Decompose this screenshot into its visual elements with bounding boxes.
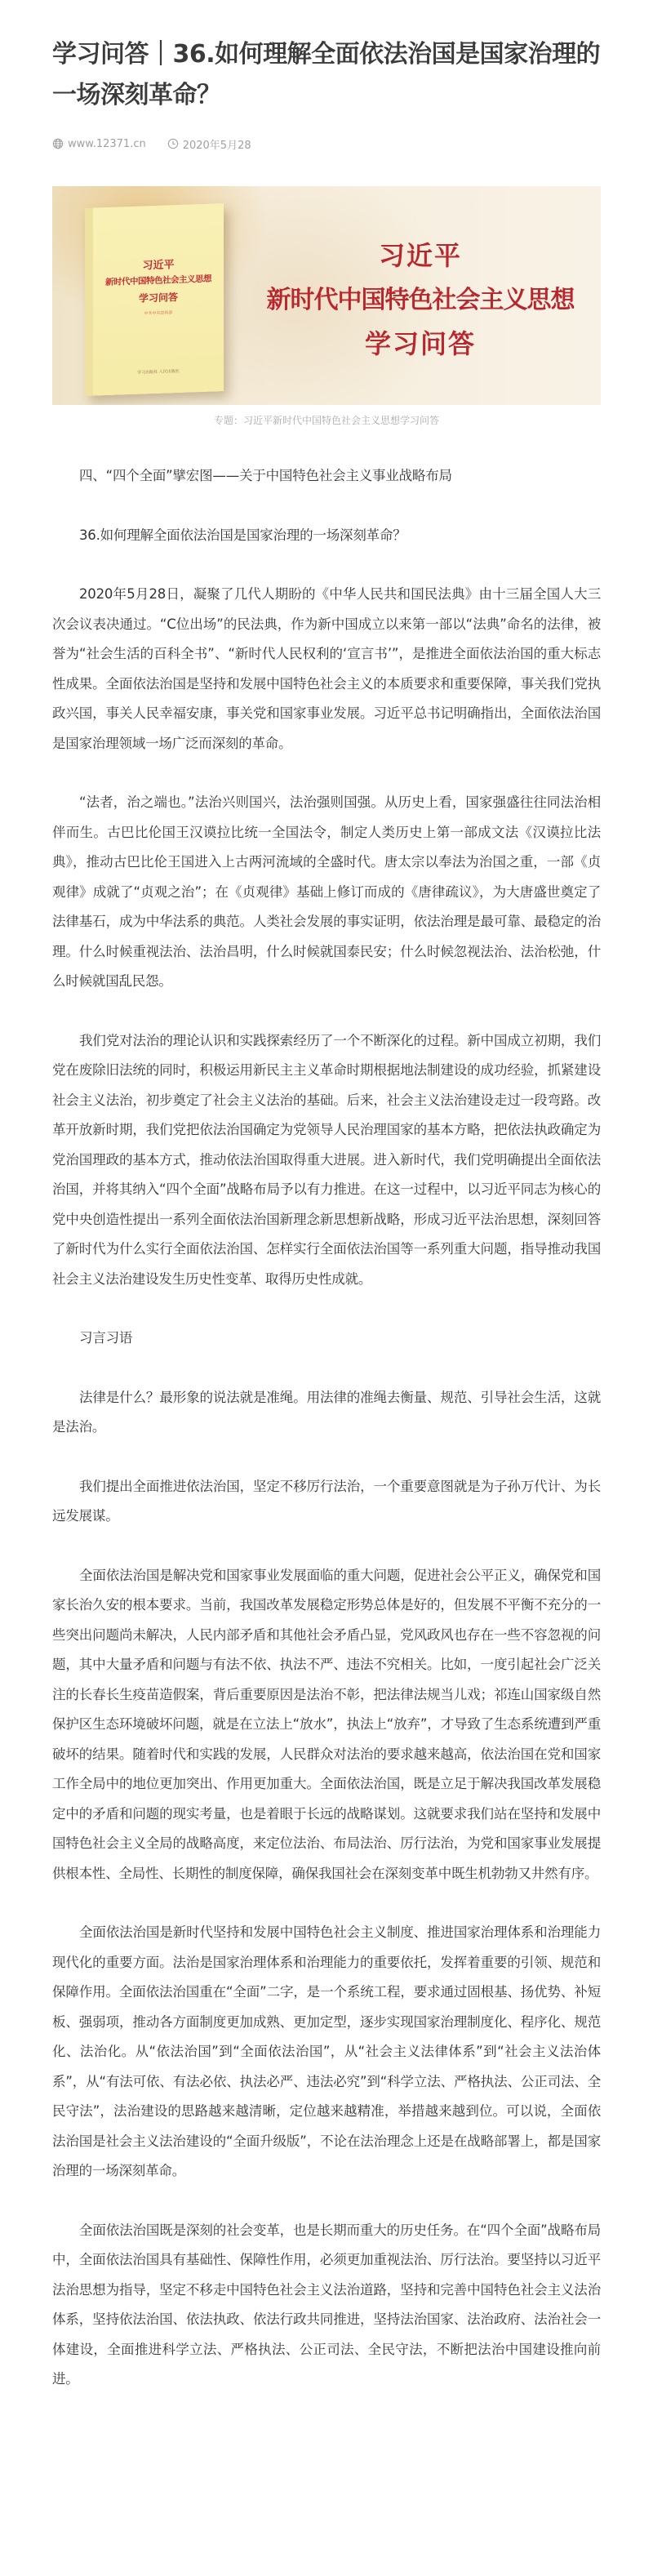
subsection-heading: 习言习语 xyxy=(52,1324,601,1354)
source-info[interactable]: www.12371.cn xyxy=(52,138,146,150)
book-cover-line3: 学习问答 xyxy=(93,288,224,307)
globe-icon xyxy=(52,138,64,149)
book-cover-publisher: 中共中央宣传部 xyxy=(93,308,224,318)
book-cover: 习近平 新时代中国特色社会主义思想 学习问答 中共中央宣传部 学习出版社 人民出… xyxy=(85,203,224,396)
paragraph: 全面依法治国是解决党和国家事业发展面临的重大问题，促进社会公平正义，确保党和国家… xyxy=(52,1561,601,1889)
clock-icon xyxy=(167,138,179,149)
paragraph: “法者，治之端也。”法治兴则国兴，法治强则国强。从历史上看，国家强盛往往同法治相… xyxy=(52,788,601,997)
paragraph: 2020年5月28日，凝聚了几代人期盼的《中华人民共和国民法典》由十三届全国人大… xyxy=(52,580,601,759)
banner-image: 习近平 新时代中国特色社会主义思想 学习问答 中共中央宣传部 学习出版社 人民出… xyxy=(52,186,601,405)
section-heading: 四、“四个全面”擘宏图——关于中国特色社会主义事业战略布局 xyxy=(52,461,601,492)
paragraph: 我们党对法治的理论认识和实践探索经历了一个不断深化的过程。新中国成立初期，我们党… xyxy=(52,1026,601,1295)
article-body: 四、“四个全面”擘宏图——关于中国特色社会主义事业战略布局 36.如何理解全面依… xyxy=(52,461,601,2395)
source-link[interactable]: www.12371.cn xyxy=(68,138,146,150)
date-info: 2020年5月28 xyxy=(167,136,251,152)
book-cover-press: 学习出版社 人民出版社 xyxy=(93,367,224,378)
article-meta: www.12371.cn 2020年5月28 xyxy=(52,134,601,153)
banner-title-line1: 习近平 xyxy=(240,235,601,273)
banner-title-line2: 新时代中国特色社会主义思想 xyxy=(240,279,601,315)
publish-date: 2020年5月28 xyxy=(183,136,251,152)
paragraph: 全面依法治国既是深刻的社会变革，也是长期而重大的历史任务。在“四个全面”战略布局… xyxy=(52,2216,601,2395)
banner-caption[interactable]: 专题：习近平新时代中国特色社会主义思想学习问答 xyxy=(52,412,601,429)
article-title: 学习问答｜36.如何理解全面依法治国是国家治理的一场深刻革命？ xyxy=(52,34,601,116)
banner-title-line3: 学习问答 xyxy=(240,323,601,361)
paragraph: 全面依法治国是新时代坚持和发展中国特色社会主义制度、推进国家治理体系和治理能力现… xyxy=(52,1918,601,2187)
quote-paragraph: 法律是什么？最形象的说法就是准绳。用法律的准绳去衡量、规范、引导社会生活，这就是… xyxy=(52,1383,601,1443)
book-cover-line1: 习近平 xyxy=(93,254,224,274)
book-cover-line2: 新时代中国特色社会主义思想 xyxy=(93,272,224,289)
quote-paragraph: 我们提出全面推进依法治国，坚定不移厉行法治，一个重要意图就是为子孙万代计、为长远… xyxy=(52,1472,601,1532)
question-heading: 36.如何理解全面依法治国是国家治理的一场深刻革命？ xyxy=(52,521,601,551)
article: 学习问答｜36.如何理解全面依法治国是国家治理的一场深刻革命？ www.1237… xyxy=(0,34,653,2395)
